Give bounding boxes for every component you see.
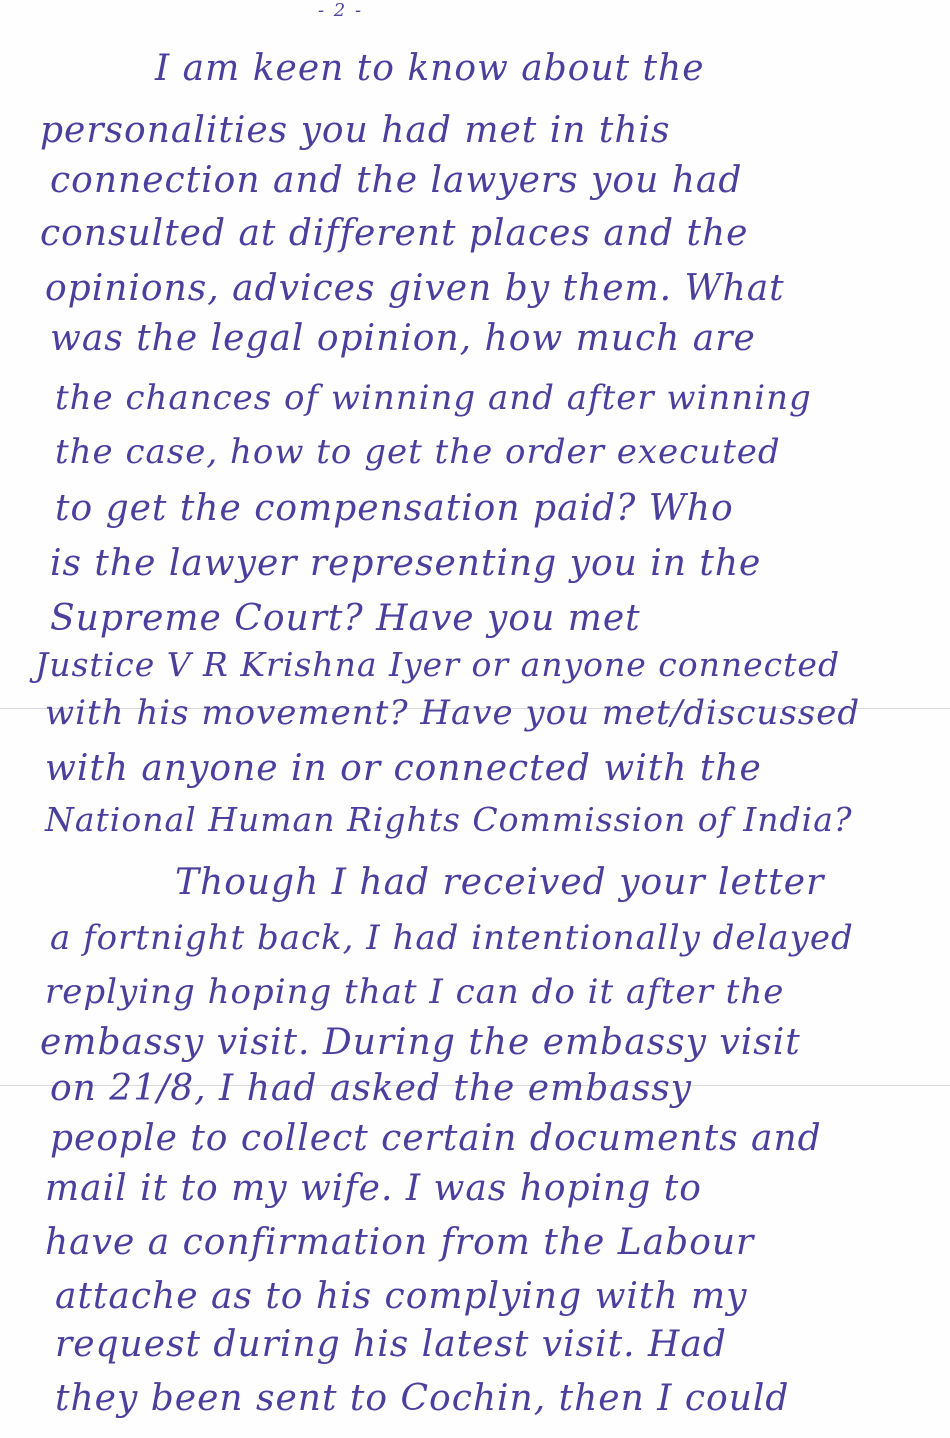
letter-line: have a confirmation from the Labour: [45, 1222, 754, 1263]
letter-line: they been sent to Cochin, then I could: [55, 1378, 789, 1419]
letter-line: to get the compensation paid? Who: [55, 488, 734, 529]
letter-line: the chances of winning and after winning: [55, 378, 812, 418]
letter-line: embassy visit. During the embassy visit: [40, 1022, 801, 1063]
letter-line: Justice V R Krishna Iyer or anyone conne…: [35, 645, 840, 684]
letter-line: was the legal opinion, how much are: [50, 318, 756, 359]
letter-line: people to collect certain documents and: [50, 1118, 822, 1159]
letter-line: with anyone in or connected with the: [45, 748, 762, 789]
letter-page: - 2 - I am keen to know about the person…: [0, 0, 950, 1438]
letter-line: Supreme Court? Have you met: [50, 598, 641, 639]
letter-line: Though I had received your letter: [175, 862, 824, 903]
letter-line: a fortnight back, I had intentionally de…: [50, 918, 854, 958]
letter-line: opinions, advices given by them. What: [45, 268, 785, 309]
letter-line: request during his latest visit. Had: [55, 1324, 727, 1365]
page-number: - 2 -: [318, 0, 363, 21]
letter-line: the case, how to get the order executed: [55, 432, 781, 472]
letter-line: National Human Rights Commission of Indi…: [45, 800, 853, 839]
letter-line: replying hoping that I can do it after t…: [45, 972, 784, 1012]
letter-line: consulted at different places and the: [40, 213, 748, 254]
letter-line: mail it to my wife. I was hoping to: [45, 1168, 702, 1209]
letter-line: attache as to his complying with my: [55, 1276, 748, 1317]
letter-line: connection and the lawyers you had: [50, 160, 742, 201]
letter-line: on 21/8, I had asked the embassy: [50, 1068, 692, 1109]
letter-line: is the lawyer representing you in the: [50, 543, 761, 584]
letter-line: personalities you had met in this: [40, 110, 671, 151]
letter-line: I am keen to know about the: [155, 48, 705, 89]
letter-line: with his movement? Have you met/discusse…: [45, 693, 860, 733]
